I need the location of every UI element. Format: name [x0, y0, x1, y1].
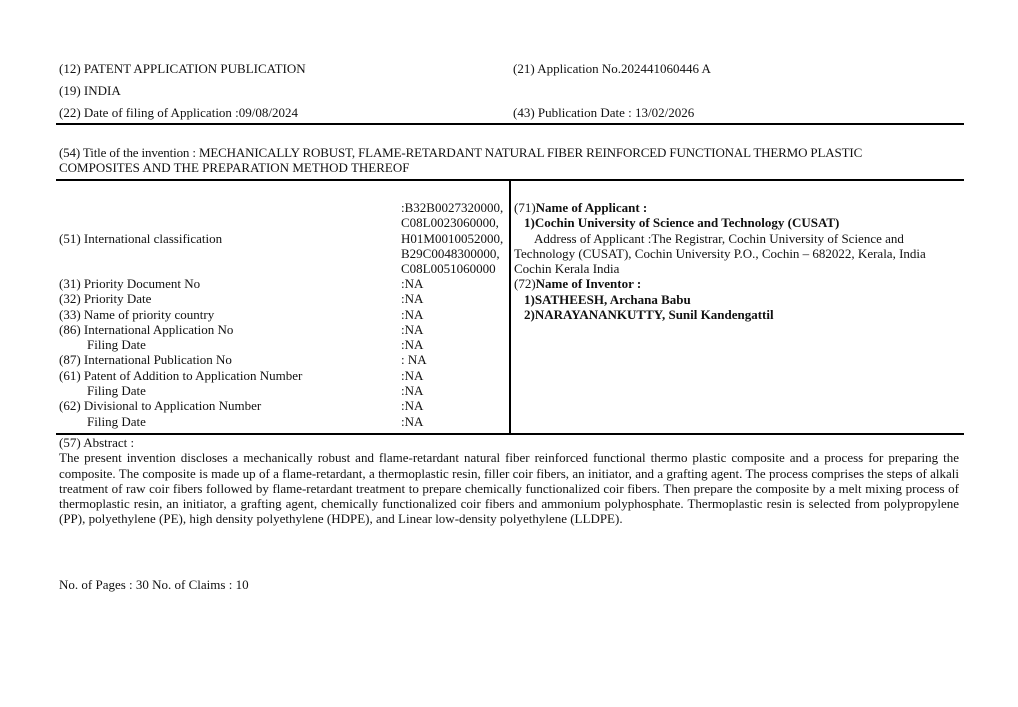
field-value: :NA	[401, 368, 427, 383]
applicant-section: (71)Name of Applicant : 1)Cochin Univers…	[514, 200, 926, 322]
classification-code: H01M0010052000,	[401, 231, 503, 246]
inventor-name: 2)NARAYANANKUTTY, Sunil Kandengattil	[514, 307, 926, 322]
column-divider	[509, 181, 511, 433]
inventor-heading: (72)Name of Inventor :	[514, 276, 926, 291]
field-value: :NA	[401, 322, 427, 337]
applicant-address: Address of Applicant :The Registrar, Coc…	[514, 231, 926, 246]
abstract-heading: (57) Abstract :	[59, 435, 959, 450]
filing-date: (22) Date of filing of Application :09/0…	[59, 105, 298, 120]
field-value: :NA	[401, 276, 427, 291]
field-value: : NA	[401, 352, 427, 367]
field-label: (62) Divisional to Application Number	[59, 398, 302, 413]
field-values: :NA :NA :NA :NA :NA : NA :NA :NA :NA :NA	[401, 276, 427, 429]
applicant-address: Cochin Kerala India	[514, 261, 926, 276]
applicant-name: 1)Cochin University of Science and Techn…	[514, 215, 926, 230]
field-label: (61) Patent of Addition to Application N…	[59, 368, 302, 383]
field-label: (33) Name of priority country	[59, 307, 302, 322]
abstract-section: (57) Abstract : The present invention di…	[59, 435, 959, 527]
field-label: Filing Date	[59, 337, 302, 352]
inventor-name: 1)SATHEESH, Archana Babu	[514, 292, 926, 307]
publication-date: (43) Publication Date : 13/02/2026	[513, 105, 694, 120]
field-labels: (31) Priority Document No (32) Priority …	[59, 276, 302, 429]
classification-code: C08L0023060000,	[401, 215, 503, 230]
field-value: :NA	[401, 414, 427, 429]
field-label: (31) Priority Document No	[59, 276, 302, 291]
field-value: :NA	[401, 383, 427, 398]
classification-code: :B32B0027320000,	[401, 200, 503, 215]
publication-type: (12) PATENT APPLICATION PUBLICATION	[59, 61, 306, 76]
invention-title-line1: (54) Title of the invention : MECHANICAL…	[59, 145, 862, 160]
classification-values: :B32B0027320000, C08L0023060000, H01M001…	[401, 200, 503, 276]
header-divider	[56, 123, 964, 125]
field-value: :NA	[401, 337, 427, 352]
field-value: :NA	[401, 398, 427, 413]
classification-label: (51) International classification	[59, 231, 222, 246]
applicant-heading: (71)Name of Applicant :	[514, 200, 926, 215]
field-label: (32) Priority Date	[59, 291, 302, 306]
field-label: (87) International Publication No	[59, 352, 302, 367]
field-label: Filing Date	[59, 383, 302, 398]
classification-code: B29C0048300000,	[401, 246, 503, 261]
field-value: :NA	[401, 291, 427, 306]
applicant-address: Technology (CUSAT), Cochin University P.…	[514, 246, 926, 261]
country: (19) INDIA	[59, 83, 121, 98]
application-number: (21) Application No.202441060446 A	[513, 61, 711, 76]
field-value: :NA	[401, 307, 427, 322]
field-label: Filing Date	[59, 414, 302, 429]
pages-claims: No. of Pages : 30 No. of Claims : 10	[59, 577, 249, 592]
classification-code: C08L0051060000	[401, 261, 503, 276]
field-label: (86) International Application No	[59, 322, 302, 337]
invention-title-line2: COMPOSITES AND THE PREPARATION METHOD TH…	[59, 160, 409, 175]
abstract-text: The present invention discloses a mechan…	[59, 450, 959, 526]
